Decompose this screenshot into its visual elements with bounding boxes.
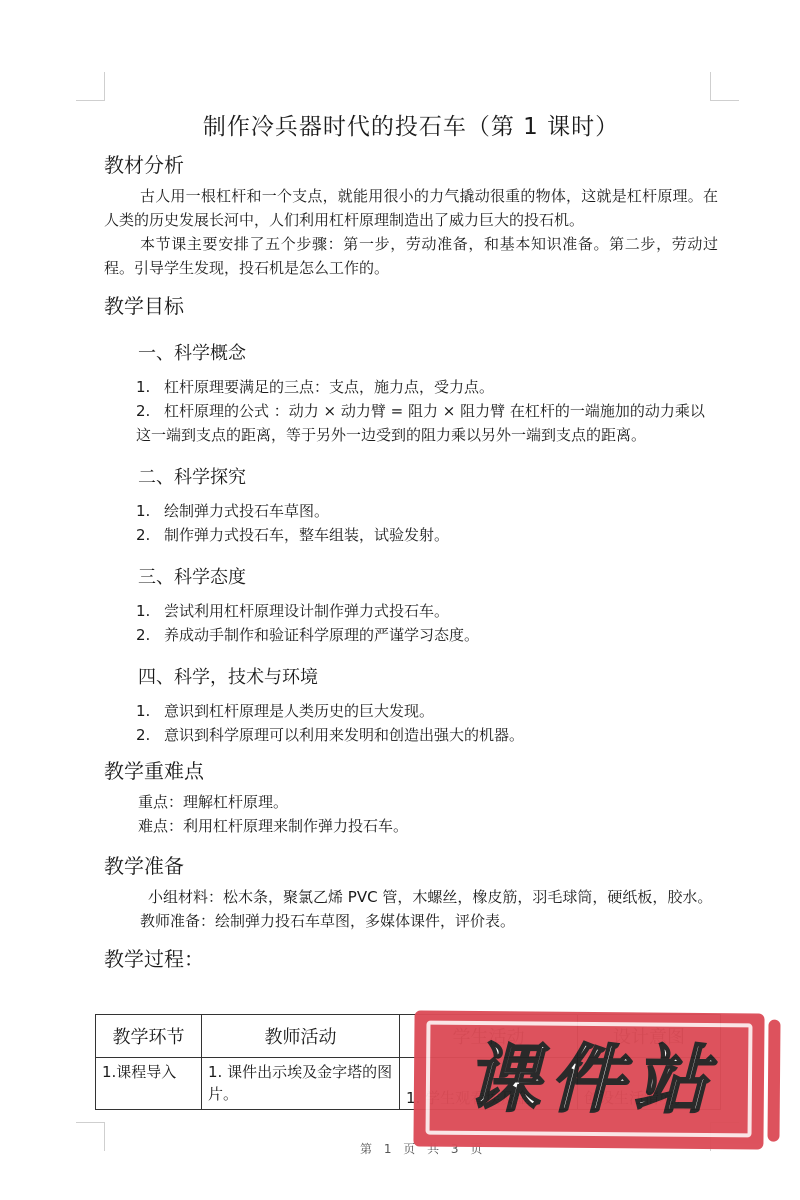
list-item: 2.杠杆原理的公式 ：动力 × 动力臂 = 阻力 × 阻力臂 在杠杆的一端施加的… [136,399,718,447]
column-header: 教师活动 [202,1015,400,1058]
analysis-paragraph-2: 本节课主要安排了五个步骤：第一步，劳动准备，和基本知识准备。第二步，劳动过程。引… [104,232,718,280]
goal-group-title: 一、科学概念 [138,339,718,365]
list-item: 1.杠杆原理要满足的三点：支点，施力点，受力点。 [136,375,718,399]
goal-list: 1.尝试利用杠杆原理设计制作弹力式投石车。 2.养成动手制作和验证科学原理的严谨… [136,599,718,647]
page-corner-mark-top-left [76,72,105,101]
table-cell: 1.课程导入 [96,1058,202,1110]
heading-preparation: 教学准备 [104,850,718,879]
document-page: 制作冷兵器时代的投石车（第 1 课时） 教材分析 古人用一根杠杆和一个支点，就能… [104,104,718,978]
heading-keypoints: 教学重难点 [104,755,718,784]
list-item: 2.养成动手制作和验证科学原理的严谨学习态度。 [136,623,718,647]
document-title: 制作冷兵器时代的投石车（第 1 课时） [104,108,718,141]
key-point: 重点：理解杠杆原理。 [138,790,718,814]
list-item: 1.尝试利用杠杆原理设计制作弹力式投石车。 [136,599,718,623]
goal-list: 1.杠杆原理要满足的三点：支点，施力点，受力点。 2.杠杆原理的公式 ：动力 ×… [136,375,718,447]
list-item: 2.意识到科学原理可以利用来发明和创造出强大的机器。 [136,723,718,747]
watermark-text: 课件站 [432,1035,753,1126]
group-materials: 小组材料：松木条，聚氯乙烯 PVC 管，木螺丝，橡皮筋，羽毛球筒，硬纸板，胶水。 [104,885,718,909]
list-item: 1.绘制弹力式投石车草图。 [136,499,718,523]
list-item: 1.意识到杠杆原理是人类历史的巨大发现。 [136,699,718,723]
table-cell: 1. 课件出示埃及金字塔的图片。 [202,1058,400,1110]
goal-list: 1.意识到杠杆原理是人类历史的巨大发现。 2.意识到科学原理可以利用来发明和创造… [136,699,718,747]
watermark-stamp: 课件站 [413,1010,764,1149]
heading-analysis: 教材分析 [104,149,718,178]
teacher-preparation: 教师准备：绘制弹力投石车草图，多媒体课件，评价表。 [104,909,718,933]
watermark-edge [767,1020,780,1142]
analysis-paragraph-1: 古人用一根杠杆和一个支点，就能用很小的力气撬动很重的物体，这就是杠杆原理。在人类… [104,184,718,232]
goal-group-title: 二、科学探究 [138,463,718,489]
heading-goals: 教学目标 [104,290,718,319]
goal-group-title: 四、科学，技术与环境 [138,663,718,689]
goal-list: 1.绘制弹力式投石车草图。 2.制作弹力式投石车，整车组装，试验发射。 [136,499,718,547]
column-header: 教学环节 [96,1015,202,1058]
heading-process: 教学过程： [104,943,718,972]
goal-group-title: 三、科学态度 [138,563,718,589]
list-item: 2.制作弹力式投石车，整车组装，试验发射。 [136,523,718,547]
page-corner-mark-bottom-left [76,1122,105,1151]
difficult-point: 难点：利用杠杆原理来制作弹力投石车。 [138,814,718,838]
page-corner-mark-top-right [710,72,739,101]
